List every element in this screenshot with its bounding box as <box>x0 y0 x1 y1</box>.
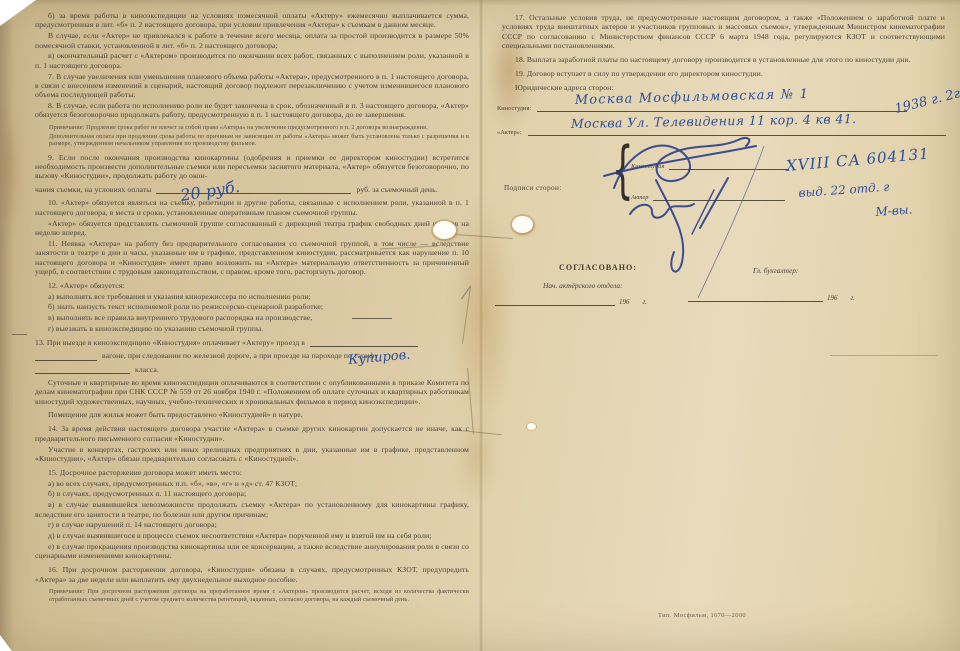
actor-address-label: «Актер»: <box>497 129 522 136</box>
torn-hole <box>433 221 456 239</box>
paragraph: в) выполнять все правила внутреннего тру… <box>35 313 469 322</box>
paragraph: Участие в концертах, гастролях или иных … <box>35 445 469 464</box>
line-label: чания съемки, на условиях оплаты <box>35 185 151 194</box>
paragraph: чания съемки, на условиях оплатыруб. за … <box>35 185 469 194</box>
paragraph: е) в случае прекращения производства кин… <box>35 542 469 561</box>
paragraph: Дополнительная оплата при продлении срок… <box>49 133 469 148</box>
short-rule <box>352 318 392 319</box>
ink-signatures <box>596 116 836 306</box>
paragraph: класса. <box>35 365 469 374</box>
blank-line <box>35 365 130 374</box>
blank-line <box>35 352 97 361</box>
scanned-contract-document: б) за время работы в киноэкспедиции на у… <box>0 0 960 651</box>
signature-descender <box>656 180 683 272</box>
paragraph: Суточные и квартирные во время киноэкспе… <box>35 378 469 406</box>
paragraph: Примечание: При досрочном расторжении до… <box>49 588 469 603</box>
torn-hole <box>527 423 536 430</box>
year-suffix: г. <box>643 298 647 306</box>
paragraph: б) в случаях, предусмотренных п. 11 наст… <box>35 489 469 498</box>
signature-slash <box>700 178 728 228</box>
paragraph: В случае, если «Актер» не привлекался к … <box>35 31 469 50</box>
paragraph: а) во всех случаях, предусмотренных п.п.… <box>35 479 469 488</box>
torn-hole <box>512 216 533 233</box>
paragraph: б) за время работы в киноэкспедиции на у… <box>35 11 469 30</box>
chief-accountant-label: Гл. бухгалтер: <box>753 266 798 275</box>
paragraph: 8. В случае, если работа по исполнению р… <box>35 101 469 120</box>
paragraph: в) окончательный расчет с «Актером» прои… <box>35 51 469 70</box>
blank-line <box>495 297 615 306</box>
paper-edge-shadow <box>0 0 14 651</box>
signatures-label: Подписи сторон: <box>504 184 562 192</box>
line-label: руб. за съемочный день. <box>356 185 437 194</box>
year-prefix: 196 <box>827 294 838 302</box>
paragraph: 16. При досрочном расторжении договора, … <box>35 565 469 584</box>
year-prefix: 196 <box>619 298 630 306</box>
printers-note: Тип. Мосфильм, 1070—2000 <box>658 612 746 619</box>
paragraph: 19. Договор вступает в силу по утвержден… <box>502 69 945 78</box>
year-suffix: г. <box>851 294 855 302</box>
approval-date-line: 196 г. <box>688 293 855 302</box>
paragraph: г) в случае нарушений п. 14 настоящего д… <box>35 520 469 529</box>
paragraph: 13. При выезде в киноэкспедицию «Киносту… <box>35 338 469 347</box>
center-fold-line <box>479 0 483 651</box>
paragraph: Помещение для жилья может быть предостав… <box>35 410 469 419</box>
paragraph: 9. Если после окончания производства кин… <box>35 153 469 181</box>
actor-signature-stroke <box>630 204 694 218</box>
approval-date-line: 196 г. <box>495 297 647 306</box>
approved-heading: СОГЛАСОВАНО: <box>559 263 637 272</box>
paragraph: г) выезжать в киноэкспедицию по указанию… <box>35 324 469 333</box>
line-label: вагоне, при следовании по железной дорог… <box>102 351 378 360</box>
paragraph: 15. Досрочное расторжение договора может… <box>35 468 469 477</box>
paragraph: в) в случае выявившейся невозможности пр… <box>35 500 469 519</box>
paragraph: 12. «Актер» обязуется: <box>35 281 469 290</box>
paragraph: 18. Выплата заработной платы по настояще… <box>502 55 945 64</box>
paragraph: 7. В случае увеличения или уменьшения пл… <box>35 72 469 100</box>
handwritten-issued-by: М-вы. <box>875 202 913 219</box>
line-label: класса. <box>135 365 159 374</box>
margin-dash <box>12 334 27 335</box>
studio-address-label: Киностудия: <box>497 105 531 112</box>
paragraph: б) знать наизусть текст исполняемой роли… <box>35 302 469 311</box>
studio-signature-stroke <box>614 138 749 188</box>
paragraph: 10. «Актер» обязуется являться на съемку… <box>35 198 469 217</box>
blank-line <box>688 293 823 302</box>
paragraph: «Актер» обязуется представлять съемочной… <box>35 219 469 238</box>
paragraph: 17. Остальные условия труда, не предусмо… <box>502 13 945 50</box>
signature-slash <box>692 190 714 234</box>
actors-dept-head-label: Нач. актёрского отдела: <box>543 281 623 290</box>
pen-stroke <box>698 146 764 298</box>
left-page-text: б) за время работы в киноэкспедиции на у… <box>35 11 469 605</box>
paragraph: а) выполнять все требования и указания к… <box>35 292 469 301</box>
faint-rule <box>830 355 938 356</box>
right-page-text: 17. Остальные условия труда, не предусмо… <box>502 13 945 93</box>
paragraph: Примечание: Продление срока работ не вле… <box>49 124 469 132</box>
line-label: 13. При выезде в киноэкспедицию «Киносту… <box>35 338 305 347</box>
paragraph: 11. Неявка «Актера» на работу без предва… <box>35 239 469 276</box>
paragraph: 14. За время действия настоящего договор… <box>35 424 469 443</box>
blank-line <box>310 338 418 347</box>
paragraph: д) в случае выявившегося в процессе съем… <box>35 531 469 540</box>
